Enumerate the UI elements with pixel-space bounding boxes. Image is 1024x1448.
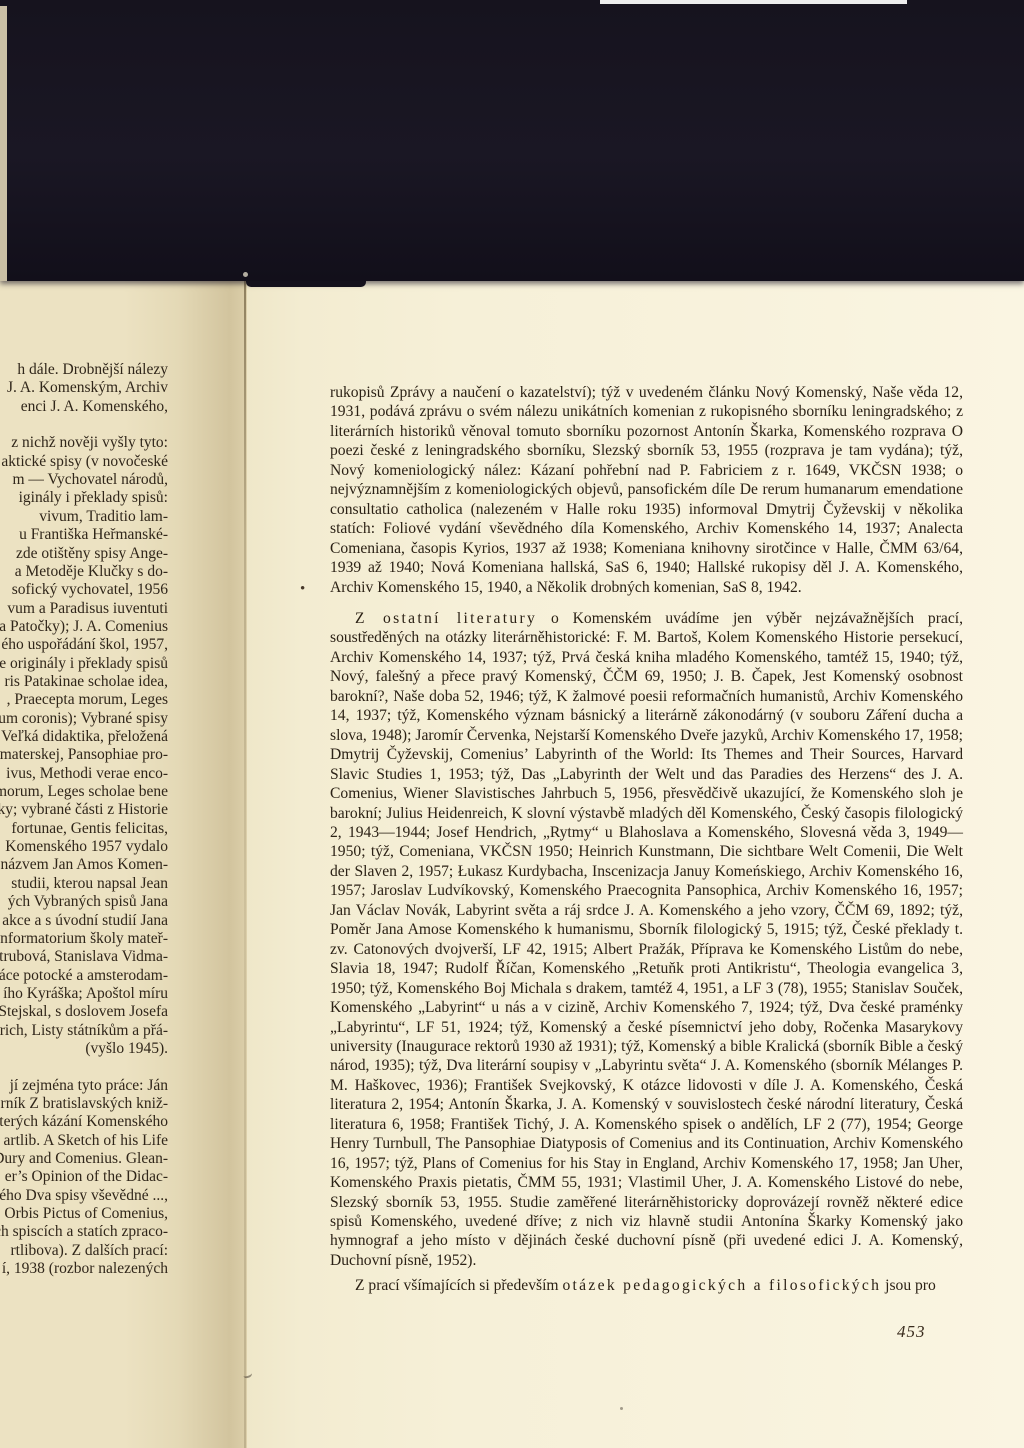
- left-column-line: názvem Jan Amos Komen-: [1, 856, 168, 874]
- left-column-line: vivum, Traditio lam-: [39, 508, 168, 526]
- left-column-line: , Praecepta morum, Leges: [7, 691, 168, 709]
- left-column-line: a Patočky); J. A. Comenius: [0, 618, 168, 636]
- left-column-line: zde otištěny spisy Ange-: [16, 545, 168, 563]
- letterspaced-emphasis: Z ostatní literatury: [355, 610, 537, 627]
- left-column-line: (vyšlo 1945).: [85, 1040, 168, 1058]
- paragraph: Z ostatní literatury o Komenském uvádíme…: [330, 609, 963, 1270]
- letterspaced-emphasis: otázek pedagogických a filosofických: [562, 1277, 881, 1294]
- left-column-line: enci J. A. Komenského,: [21, 398, 168, 416]
- left-column-line: í, 1938 (rozbor nalezených: [2, 1260, 168, 1278]
- left-column-line: h dále. Drobnější nálezy: [17, 361, 168, 379]
- left-column-line: jí zejména tyto práce: Ján: [10, 1077, 168, 1095]
- left-column-line: orník Z bratislavských kniž-: [0, 1095, 168, 1113]
- left-column-line: sofický vychovatel, 1956: [12, 581, 168, 599]
- left-column-line: aktické spisy (v novočeské: [1, 453, 168, 471]
- left-column-line: ého uspořádání škol, 1957,: [1, 636, 168, 654]
- left-column-line: ch spiscích a statích zpraco-: [0, 1223, 168, 1241]
- body-text: o Komenském uvádíme jen výběr nejzávažně…: [330, 610, 963, 1269]
- scan-top-edge-sliver: [600, 0, 907, 4]
- left-column-line: morum, Leges scholae bene: [0, 783, 168, 801]
- left-column-line: iginály i překlady spisů:: [19, 489, 168, 507]
- paragraph: Z prací všímajících si především otázek …: [330, 1276, 963, 1295]
- left-column-line: rtlibova). Z dalších prací:: [10, 1242, 168, 1260]
- body-text: Z prací všímajících si především: [355, 1277, 562, 1294]
- left-column-line: áce potocké a amsterodam-: [0, 967, 168, 985]
- left-column-line: fortunae, Gentis felicitas,: [11, 820, 168, 838]
- left-column-line: akce a s úvodní studií Jana: [2, 912, 168, 930]
- left-column-line: studii, kterou napsal Jean: [11, 875, 168, 893]
- left-column-line: u Františka Heřmanské-: [19, 526, 168, 544]
- left-column-line: J. A. Komenským, Archiv: [7, 379, 168, 397]
- left-column-line: Komenského 1957 vydalo: [5, 838, 168, 856]
- left-column-line: ris Patakinae scholae idea,: [4, 673, 168, 691]
- paragraph: rukopisů Zprávy a naučení o kazatelství)…: [330, 383, 963, 597]
- left-column-line: artlib. A Sketch of his Life: [4, 1132, 168, 1150]
- left-column-line: vum a Paradisus iuventuti: [7, 600, 168, 618]
- left-column-line: Veľká didaktika, přeložená: [1, 728, 168, 746]
- left-column-line: Dury and Comenius. Glean-: [0, 1150, 168, 1168]
- right-column: rukopisů Zprávy a naučení o kazatelství)…: [330, 383, 963, 1296]
- left-column: h dále. Drobnější nálezyJ. A. Komenským,…: [0, 361, 171, 1286]
- cover-edge-notch: [246, 281, 366, 287]
- left-column-line: rich, Listy státníkům a přá-: [0, 1022, 168, 1040]
- page-gutter-fold: [244, 279, 246, 1448]
- margin-dot: •: [300, 581, 305, 598]
- left-column-line: kého Dva spisy vševědné ...,: [0, 1187, 168, 1205]
- body-text: jsou pro: [881, 1277, 936, 1294]
- paper-speck: [620, 1407, 623, 1410]
- scan-left-edge-strip: [0, 6, 7, 281]
- body-text: rukopisů Zprávy a naučení o kazatelství)…: [330, 384, 963, 596]
- left-column-line: er’s Opinion of the Didac-: [5, 1168, 168, 1186]
- left-column-line: Informatorium školy mateř-: [0, 930, 168, 948]
- left-column-line: materskej, Pansophiae pro-: [0, 746, 168, 764]
- left-column-line: m — Vychovatel národů,: [12, 471, 168, 489]
- cover-edge-speck: [243, 272, 248, 277]
- left-column-line: Stejskal, s doslovem Josefa: [0, 1003, 168, 1021]
- left-column-line: ky; vybrané části z Historie: [0, 801, 168, 819]
- left-column-line: ých Vybraných spisů Jana: [8, 893, 168, 911]
- left-column-line: z nichž nověji vyšly tyto:: [11, 434, 168, 452]
- left-column-line: e Orbis Pictus of Comenius,: [0, 1205, 168, 1223]
- left-column-line: trubová, Stanislava Vidma-: [0, 948, 168, 966]
- left-column-line: ího Kyráška; Apoštol míru: [3, 985, 168, 1003]
- left-column-line: um coronis); Vybrané spisy: [0, 710, 168, 728]
- left-column-line: a Metoděje Klučky s do-: [15, 563, 168, 581]
- left-column-line: e originály i překlady spisů: [0, 655, 168, 673]
- page-number: 453: [897, 1322, 926, 1342]
- dark-cover-background: [0, 0, 1024, 281]
- left-column-line: terých kázání Komenského: [0, 1113, 168, 1131]
- left-column-line: ivus, Methodi verae enco-: [6, 765, 168, 783]
